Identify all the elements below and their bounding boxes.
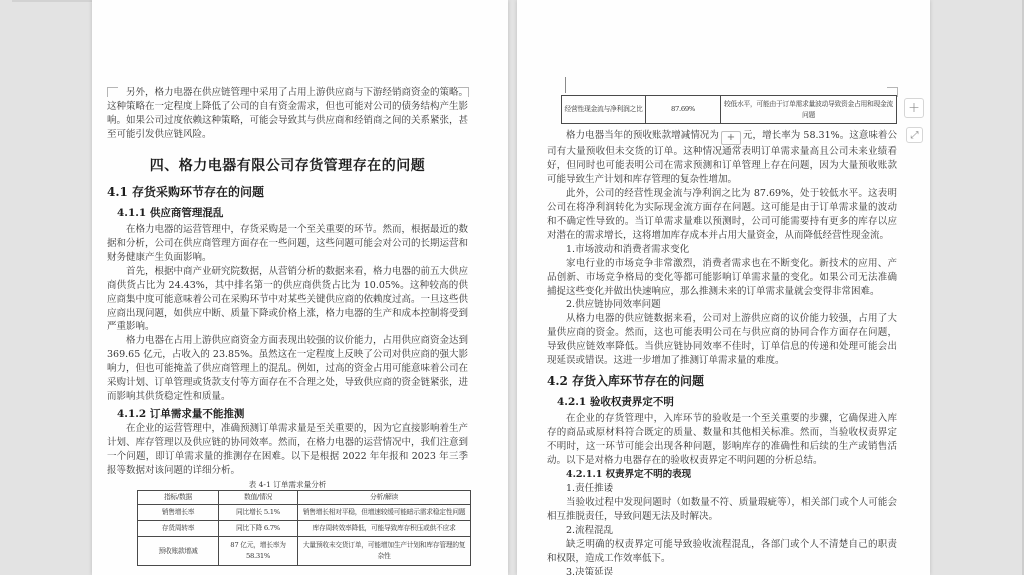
section-heading-4-1: 4.1 存货采购环节存在的问题 <box>107 184 468 200</box>
subsection-heading-4-1-2: 4.1.2 订单需求量不能推测 <box>117 407 468 422</box>
numbered-item: 3.决策延误 <box>547 566 897 575</box>
paragraph: 另外，格力电器在供应链管理中采用了占用上游供应商与下游经销商资金的策略。这种策略… <box>107 86 468 142</box>
paragraph: 格力电器当年的预收账款增减情况为+元，增长率为 58.31%。这意味着公司有大量… <box>547 129 897 187</box>
table-header-cell: 分析/解读 <box>298 491 471 505</box>
plus-icon: + <box>908 100 920 116</box>
section-heading-4-2: 4.2 存货入库环节存在的问题 <box>547 373 897 389</box>
table-cell: 同比下降 6.7% <box>219 521 298 537</box>
table-cell: 大量预收未交货订单，可能增加生产计划和库存管理的复杂性 <box>298 537 471 566</box>
table-row: 存货周转率 同比下降 6.7% 库存周转效率降低，可能导致库存积压或供不应求 <box>138 521 471 537</box>
table-cell: 同比增长 5.1% <box>219 505 298 521</box>
numbered-item: 2.流程混乱 <box>547 524 897 538</box>
paragraph: 当验收过程中发现问题时（如数量不符、质量瑕疵等），相关部门或个人可能会相互推脱责… <box>547 496 897 524</box>
paragraph: 缺乏明确的权责界定可能导致验收流程混乱，各部门或个人不清楚自己的职责和权限，造成… <box>547 538 897 566</box>
page-left[interactable]: 另外，格力电器在供应链管理中采用了占用上游供应商与下游经销商资金的策略。这种策略… <box>92 0 508 575</box>
table-row: 销售增长率 同比增长 5.1% 销售增长相对平稳，但增速较缓可能暗示需求稳定性问… <box>138 505 471 521</box>
table-caption: 表 4-1 订单需求量分析 <box>107 479 468 490</box>
add-comment-button[interactable]: + <box>904 98 924 118</box>
chapter-heading: 四、格力电器有限公司存货管理存在的问题 <box>107 157 468 176</box>
paragraph: 在格力电器的运营管理中，存货采购是一个至关重要的环节。然而，根据最近的数据和分析… <box>107 223 468 265</box>
paragraph: 首先，根据中商产业研究院数据，从营销分析的数据来看，格力电器的前五大供应商供货占… <box>107 265 468 335</box>
table-header-row: 指标/数据 数值/情况 分析/解读 <box>138 491 471 505</box>
numbered-item: 1.市场波动和消费者需求变化 <box>547 243 897 257</box>
inline-object-placeholder[interactable]: + <box>721 131 741 145</box>
paragraph: 格力电器在占用上游供应商资金方面表现出较强的议价能力，占用供应商资金达到 369… <box>107 334 468 404</box>
document-viewer: 另外，格力电器在供应链管理中采用了占用上游供应商与下游经销商资金的策略。这种策略… <box>0 0 1024 575</box>
page-right-content: 经营性现金流与净利润之比 87.69% 较低水平，可能由于订单需求量波动导致资金… <box>517 0 930 575</box>
paragraph-text: 格力电器当年的预收账款增减情况为 <box>566 130 719 141</box>
expand-icon: ⤢ <box>911 130 919 141</box>
paragraph: 家电行业的市场竞争非常激烈，消费者需求也在不断变化。新技术的应用、产品创新、市场… <box>547 257 897 299</box>
table-cell: 库存周转效率降低，可能导致库存积压或供不应求 <box>298 521 471 537</box>
subsection-heading-4-2-1: 4.2.1 验收权责界定不明 <box>557 395 897 410</box>
table-row: 经营性现金流与净利润之比 87.69% 较低水平，可能由于订单需求量波动导致资金… <box>562 96 897 124</box>
paragraph: 从格力电器的供应链数据来看，公司对上游供应商的议价能力较强，占用了大量供应商的资… <box>547 312 897 368</box>
numbered-item: 2.供应链协同效率问题 <box>547 298 897 312</box>
order-demand-table: 指标/数据 数值/情况 分析/解读 销售增长率 同比增长 5.1% 销售增长相对… <box>137 490 471 566</box>
table-cell: 销售增长率 <box>138 505 219 521</box>
toolbar-edge <box>12 0 92 2</box>
sub-subsection-heading-4-2-1-1: 4.2.1.1 权责界定不明的表现 <box>547 468 897 482</box>
page-left-content: 另外，格力电器在供应链管理中采用了占用上游供应商与下游经销商资金的策略。这种策略… <box>92 0 508 566</box>
table-cell: 销售增长相对平稳，但增速较缓可能暗示需求稳定性问题 <box>298 505 471 521</box>
paragraph: 在企业的存货管理中，入库环节的验收是一个至关重要的步骤，它确保进入库存的商品或原… <box>547 412 897 468</box>
numbered-item: 1.责任推诿 <box>547 482 897 496</box>
paragraph: 此外，公司的经营性现金流与净利润之比为 87.69%，处于较低水平。这表明公司在… <box>547 187 897 243</box>
paragraph: 在企业的运营管理中，准确预测订单需求量是至关重要的，因为它直接影响着生产计划、库… <box>107 422 468 478</box>
table-header-cell: 数值/情况 <box>219 491 298 505</box>
table-row: 预收账款增减 87 亿元，增长率为 58.31% 大量预收未交货订单，可能增加生… <box>138 537 471 566</box>
page-right[interactable]: 经营性现金流与净利润之比 87.69% 较低水平，可能由于订单需求量波动导致资金… <box>517 0 930 575</box>
table-cell: 预收账款增减 <box>138 537 219 566</box>
table-cell: 存货周转率 <box>138 521 219 537</box>
table-cell: 87 亿元，增长率为 58.31% <box>219 537 298 566</box>
table-cell: 经营性现金流与净利润之比 <box>562 96 646 124</box>
table-header-cell: 指标/数据 <box>138 491 219 505</box>
table-cell: 较低水平，可能由于订单需求量波动导致资金占用和现金流问题 <box>721 96 897 124</box>
subsection-heading-4-1-1: 4.1.1 供应商管理混乱 <box>117 206 468 221</box>
continued-table: 经营性现金流与净利润之比 87.69% 较低水平，可能由于订单需求量波动导致资金… <box>561 95 897 124</box>
expand-button[interactable]: ⤢ <box>906 127 923 143</box>
table-cell: 87.69% <box>646 96 721 124</box>
